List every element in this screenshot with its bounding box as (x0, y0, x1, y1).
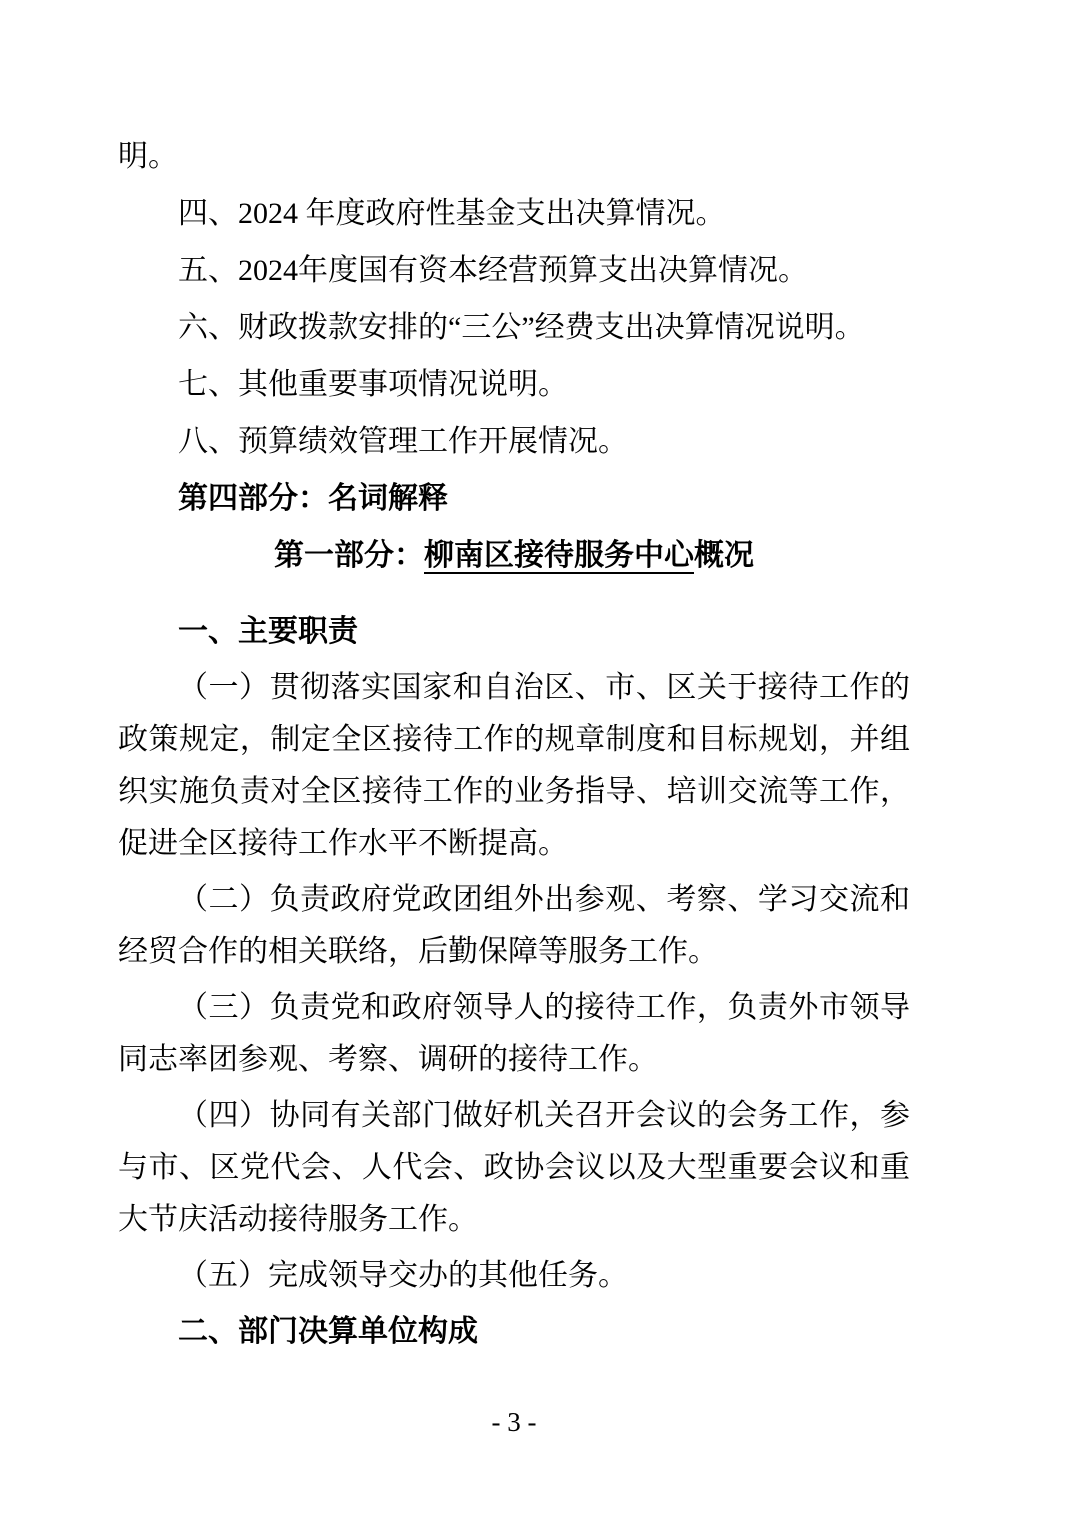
toc-item-8: 八、预算绩效管理工作开展情况。 (118, 413, 910, 470)
toc-item-4: 四、2024 年度政府性基金支出决算情况。 (118, 185, 910, 242)
section1-paragraph-5: （五）完成领导交办的其他任务。 (118, 1250, 910, 1302)
section2-heading: 二、部门决算单位构成 (118, 1306, 910, 1358)
toc-item-5: 五、2024年度国有资本经营预算支出决算情况。 (118, 242, 910, 299)
part1-heading-suffix: 概况 (694, 539, 754, 572)
section1-paragraph-1: （一）贯彻落实国家和自治区、市、区关于接待工作的政策规定，制定全区接待工作的规章… (118, 662, 910, 870)
section1-paragraph-3: （三）负责党和政府领导人的接待工作，负责外市领导同志率团参观、考察、调研的接待工… (118, 982, 910, 1086)
section1-heading: 一、主要职责 (118, 606, 910, 658)
section1-paragraph-4: （四）协同有关部门做好机关召开会议的会务工作，参与市、区党代会、人代会、政协会议… (118, 1090, 910, 1246)
page-number: - 3 - (118, 1405, 910, 1439)
page-content: 明。 四、2024 年度政府性基金支出决算情况。 五、2024年度国有资本经营预… (118, 0, 910, 1362)
toc-item-7: 七、其他重要事项情况说明。 (118, 356, 910, 413)
toc-continuation-line: 明。 (118, 128, 910, 185)
document-page: 明。 四、2024 年度政府性基金支出决算情况。 五、2024年度国有资本经营预… (0, 0, 1074, 1520)
toc-section: 明。 四、2024 年度政府性基金支出决算情况。 五、2024年度国有资本经营预… (118, 0, 910, 584)
toc-item-6: 六、财政拨款安排的“三公”经费支出决算情况说明。 (118, 299, 910, 356)
part4-heading: 第四部分：名词解释 (118, 470, 910, 527)
section1-paragraph-2: （二）负责政府党政团组外出参观、考察、学习交流和经贸合作的相关联络，后勤保障等服… (118, 874, 910, 978)
part1-heading-prefix: 第一部分： (274, 539, 424, 572)
body-section: 一、主要职责 （一）贯彻落实国家和自治区、市、区关于接待工作的政策规定，制定全区… (118, 606, 910, 1358)
part1-heading-underlined-title: 柳南区接待服务中心 (424, 539, 694, 572)
part1-heading: 第一部分：柳南区接待服务中心概况 (118, 527, 910, 584)
